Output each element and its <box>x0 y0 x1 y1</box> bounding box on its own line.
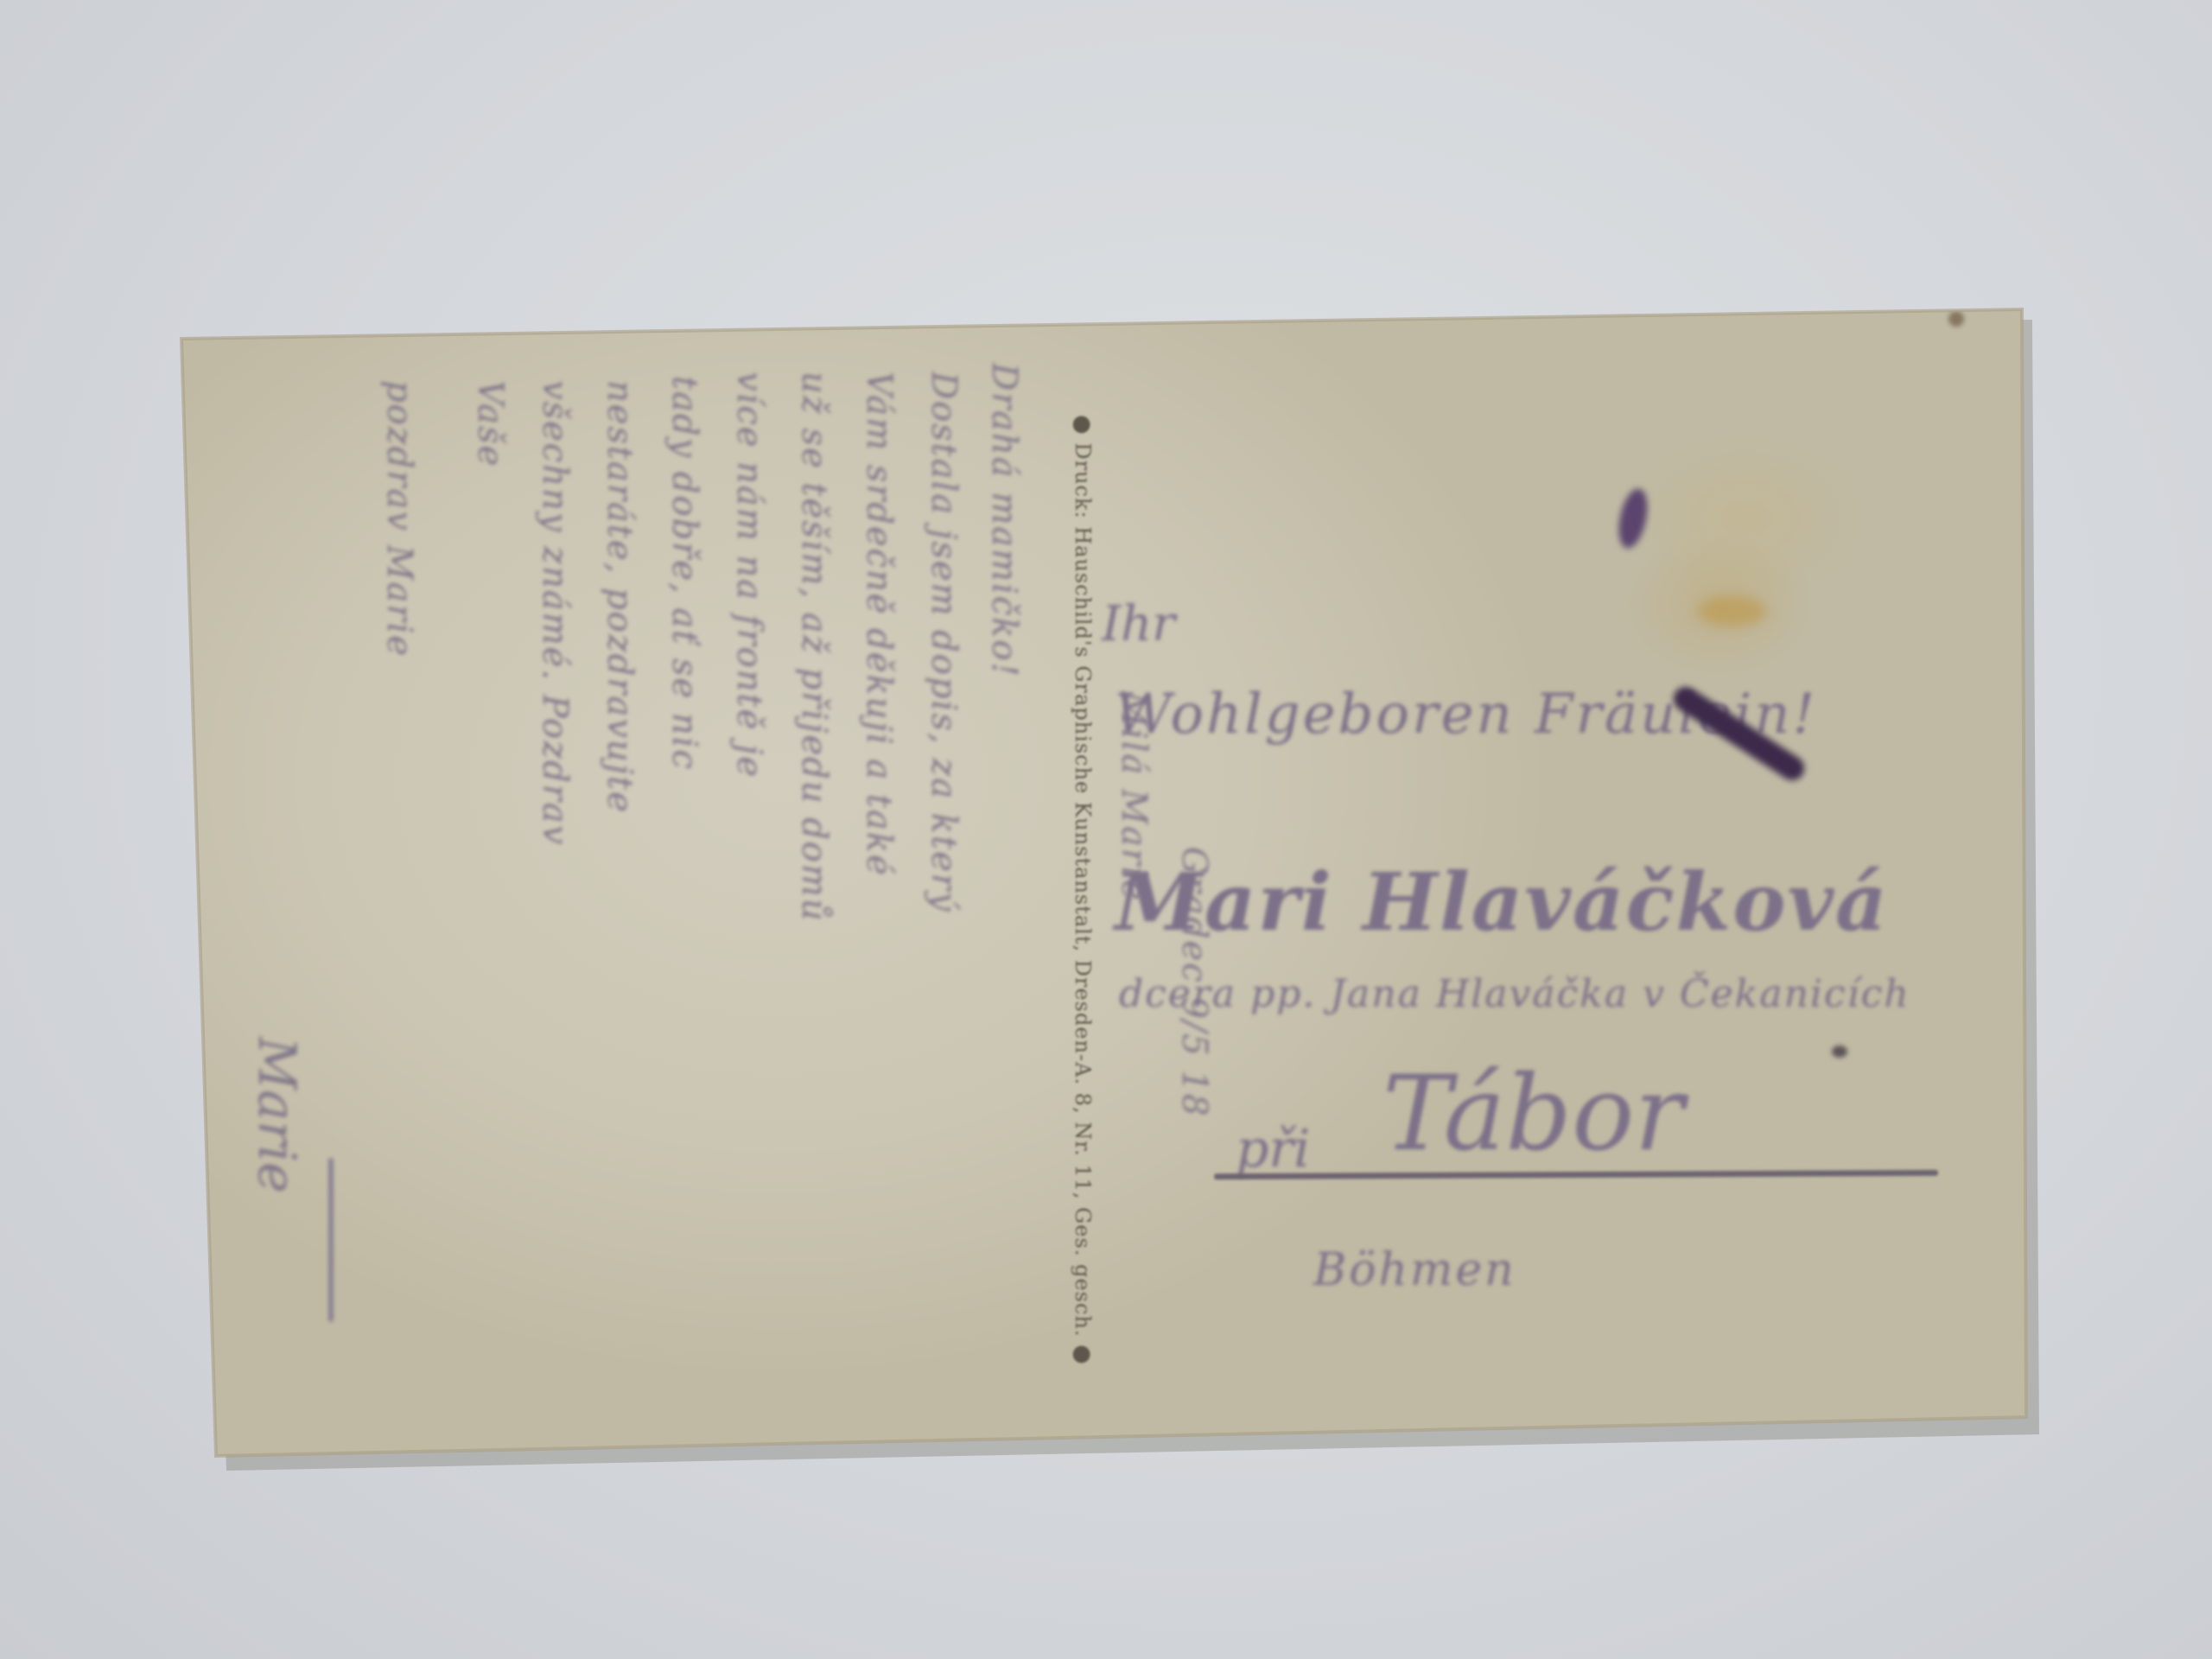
message-line: Drahá mamičko! <box>989 363 1024 678</box>
message-line: Vaše <box>475 380 510 467</box>
bullet-icon: ● <box>1070 415 1096 435</box>
address-city-prefix: při <box>1236 1119 1310 1179</box>
corner-spot <box>1948 311 1964 327</box>
address-region: Böhmen <box>1313 1244 1516 1296</box>
address-detail: dcera pp. Jana Hlaváčka v Čekanicích <box>1119 972 1910 1016</box>
message-line: nestaráte, pozdravujte <box>605 380 639 814</box>
initials-mark <box>328 1158 334 1322</box>
message-line: tady dobře, ať se nic <box>670 376 704 771</box>
message-line: více nám na frontě je <box>734 372 769 779</box>
publisher-text: Druck: Hauschild's Graphische Kunstansta… <box>1071 442 1095 1337</box>
message-area: Drahá mamičko! Dostala jsem dopis, za kt… <box>220 363 1024 1426</box>
recipient-name: Mari Hlaváčková <box>1115 855 1889 949</box>
message-line: už se těším, až přijedu domů <box>799 372 834 923</box>
postcard: Drahá mamičko! Dostala jsem dopis, za kt… <box>0 0 2212 1659</box>
message-line: pozdrav Marie <box>385 380 419 658</box>
age-stain <box>1698 596 1767 626</box>
message-line: Vám srdečně děkuji a také <box>864 372 899 877</box>
address-salutation: Ihr <box>1102 596 1175 652</box>
ink-dot <box>1832 1046 1847 1058</box>
signature: Marie <box>246 1037 307 1193</box>
message-line: všechny známé. Pozdrav <box>540 380 575 846</box>
message-line: Dostala jsem dopis, za který <box>929 372 963 913</box>
bullet-icon: ● <box>1070 1344 1096 1365</box>
address-underline <box>1214 1170 1938 1179</box>
publisher-imprint: ● Druck: Hauschild's Graphische Kunstans… <box>1070 415 1096 1365</box>
ink-blot <box>1614 486 1652 551</box>
address-city: Tábor <box>1382 1054 1684 1174</box>
